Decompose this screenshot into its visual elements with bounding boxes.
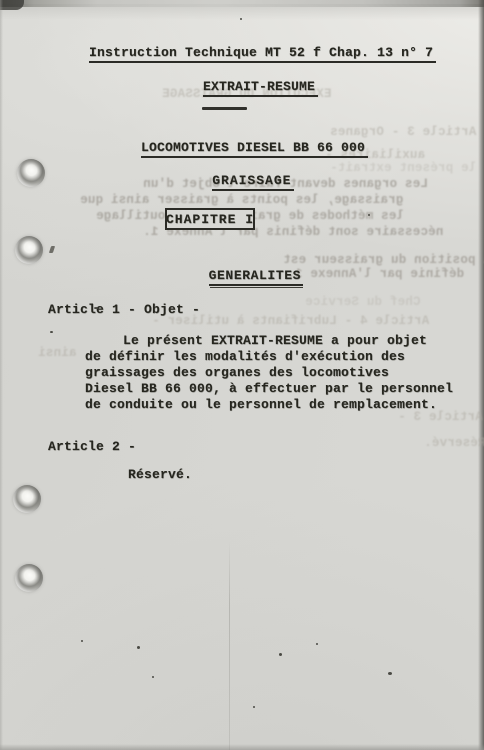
ink-speck bbox=[253, 706, 255, 708]
ink-speck bbox=[152, 676, 154, 678]
ink-speck bbox=[50, 331, 53, 333]
bleed-through-text: définie par l'Annexe 1. bbox=[287, 266, 464, 282]
punch-hole bbox=[17, 159, 45, 187]
article-2-body: Réservé. bbox=[128, 467, 192, 483]
title-graissage-text: GRAISSAGE bbox=[212, 173, 294, 191]
article-1-paragraph: Le présent EXTRAIT-RESUME a pour objet d… bbox=[85, 333, 459, 413]
ink-speck bbox=[240, 18, 242, 20]
ink-speck bbox=[81, 640, 83, 642]
paragraph-line: de définir les modalités d'exécution des bbox=[85, 349, 459, 365]
chapitre-label: CHAPITRE I bbox=[166, 212, 254, 227]
paragraph-line: Diesel BB 66 000, à effectuer par le per… bbox=[85, 381, 459, 397]
fold-crease bbox=[229, 540, 230, 750]
punch-hole bbox=[15, 236, 43, 264]
paragraph-line: graissages des organes des locomotives bbox=[85, 365, 459, 381]
scan-corner-shadow bbox=[0, 0, 24, 10]
paragraph-line: de conduite ou le personnel de remplacem… bbox=[85, 397, 459, 413]
punch-hole bbox=[15, 564, 43, 592]
scan-edge-top bbox=[0, 0, 484, 7]
ink-speck bbox=[316, 643, 318, 645]
ink-speck bbox=[137, 646, 140, 649]
bleed-through-text: Chef du Service bbox=[305, 294, 421, 310]
ink-speck bbox=[368, 214, 370, 216]
chapitre-box: CHAPITRE I bbox=[165, 208, 255, 230]
ink-mark bbox=[49, 246, 55, 253]
section-generalites: GENERALITES bbox=[175, 252, 303, 300]
bleed-through-text: ainsi bbox=[38, 345, 77, 361]
title-graissage: GRAISSAGE bbox=[177, 157, 294, 205]
ink-speck bbox=[388, 672, 392, 675]
section-generalites-text: GENERALITES bbox=[209, 268, 303, 286]
punch-hole bbox=[13, 485, 41, 513]
separator-line bbox=[202, 107, 247, 110]
scan-edge-left bbox=[0, 0, 3, 750]
title-extrait-resume-text: EXTRAIT-RESUME bbox=[203, 79, 318, 97]
paragraph-line: Le présent EXTRAIT-RESUME a pour objet bbox=[85, 333, 459, 349]
title-extrait-resume: EXTRAIT-RESUME bbox=[171, 63, 318, 111]
scanned-document-page: EXECUTION DU GRAISSAGE Article 3 - Organ… bbox=[0, 0, 484, 750]
ink-speck bbox=[94, 307, 98, 309]
bleed-through-text: Réservé. bbox=[424, 435, 484, 451]
scan-edge-right bbox=[478, 0, 484, 750]
document-header-text: Instruction Technique MT 52 f Chap. 13 n… bbox=[89, 45, 436, 63]
article-1-heading: Article 1 - Objet - bbox=[48, 302, 200, 318]
title-locomotives-text: LOCOMOTIVES DIESEL BB 66 000 bbox=[141, 140, 368, 158]
ink-speck bbox=[279, 653, 282, 656]
scan-edge-bottom bbox=[0, 744, 484, 750]
article-2-heading: Article 2 - bbox=[48, 439, 136, 455]
